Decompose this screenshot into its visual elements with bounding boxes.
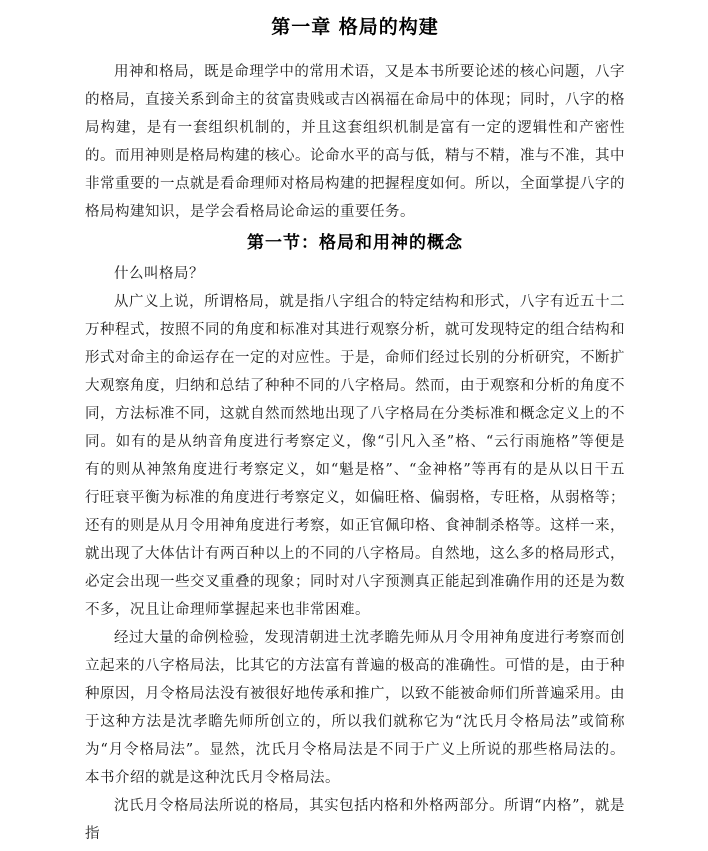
paragraph-what-is-geju: 什么叫格局？ [85,260,625,288]
chapter-title: 第一章 格局的构建 [85,12,625,42]
intro-paragraph: 用神和格局，既是命理学中的常用术语，又是本书所要论述的核心问题，八字的格局，直接… [85,58,625,226]
document-page: 第一章 格局的构建 用神和格局，既是命理学中的常用术语，又是本书所要论述的核心问… [0,0,708,851]
paragraph-inner-outer-ge: 沈氏月令格局法所说的格局，其实包括内格和外格两部分。所谓“内格”，就是指 [85,792,625,848]
paragraph-broad-definition: 从广义上说，所谓格局，就是指八字组合的特定结构和形式，八字有近五十二万种程式，按… [85,288,625,624]
paragraph-shen-method: 经过大量的命例检验，发现清朝进土沈孝瞻先师从月令用神角度进行考察而创立起来的八字… [85,624,625,792]
section-title: 第一节：格局和用神的概念 [85,228,625,258]
